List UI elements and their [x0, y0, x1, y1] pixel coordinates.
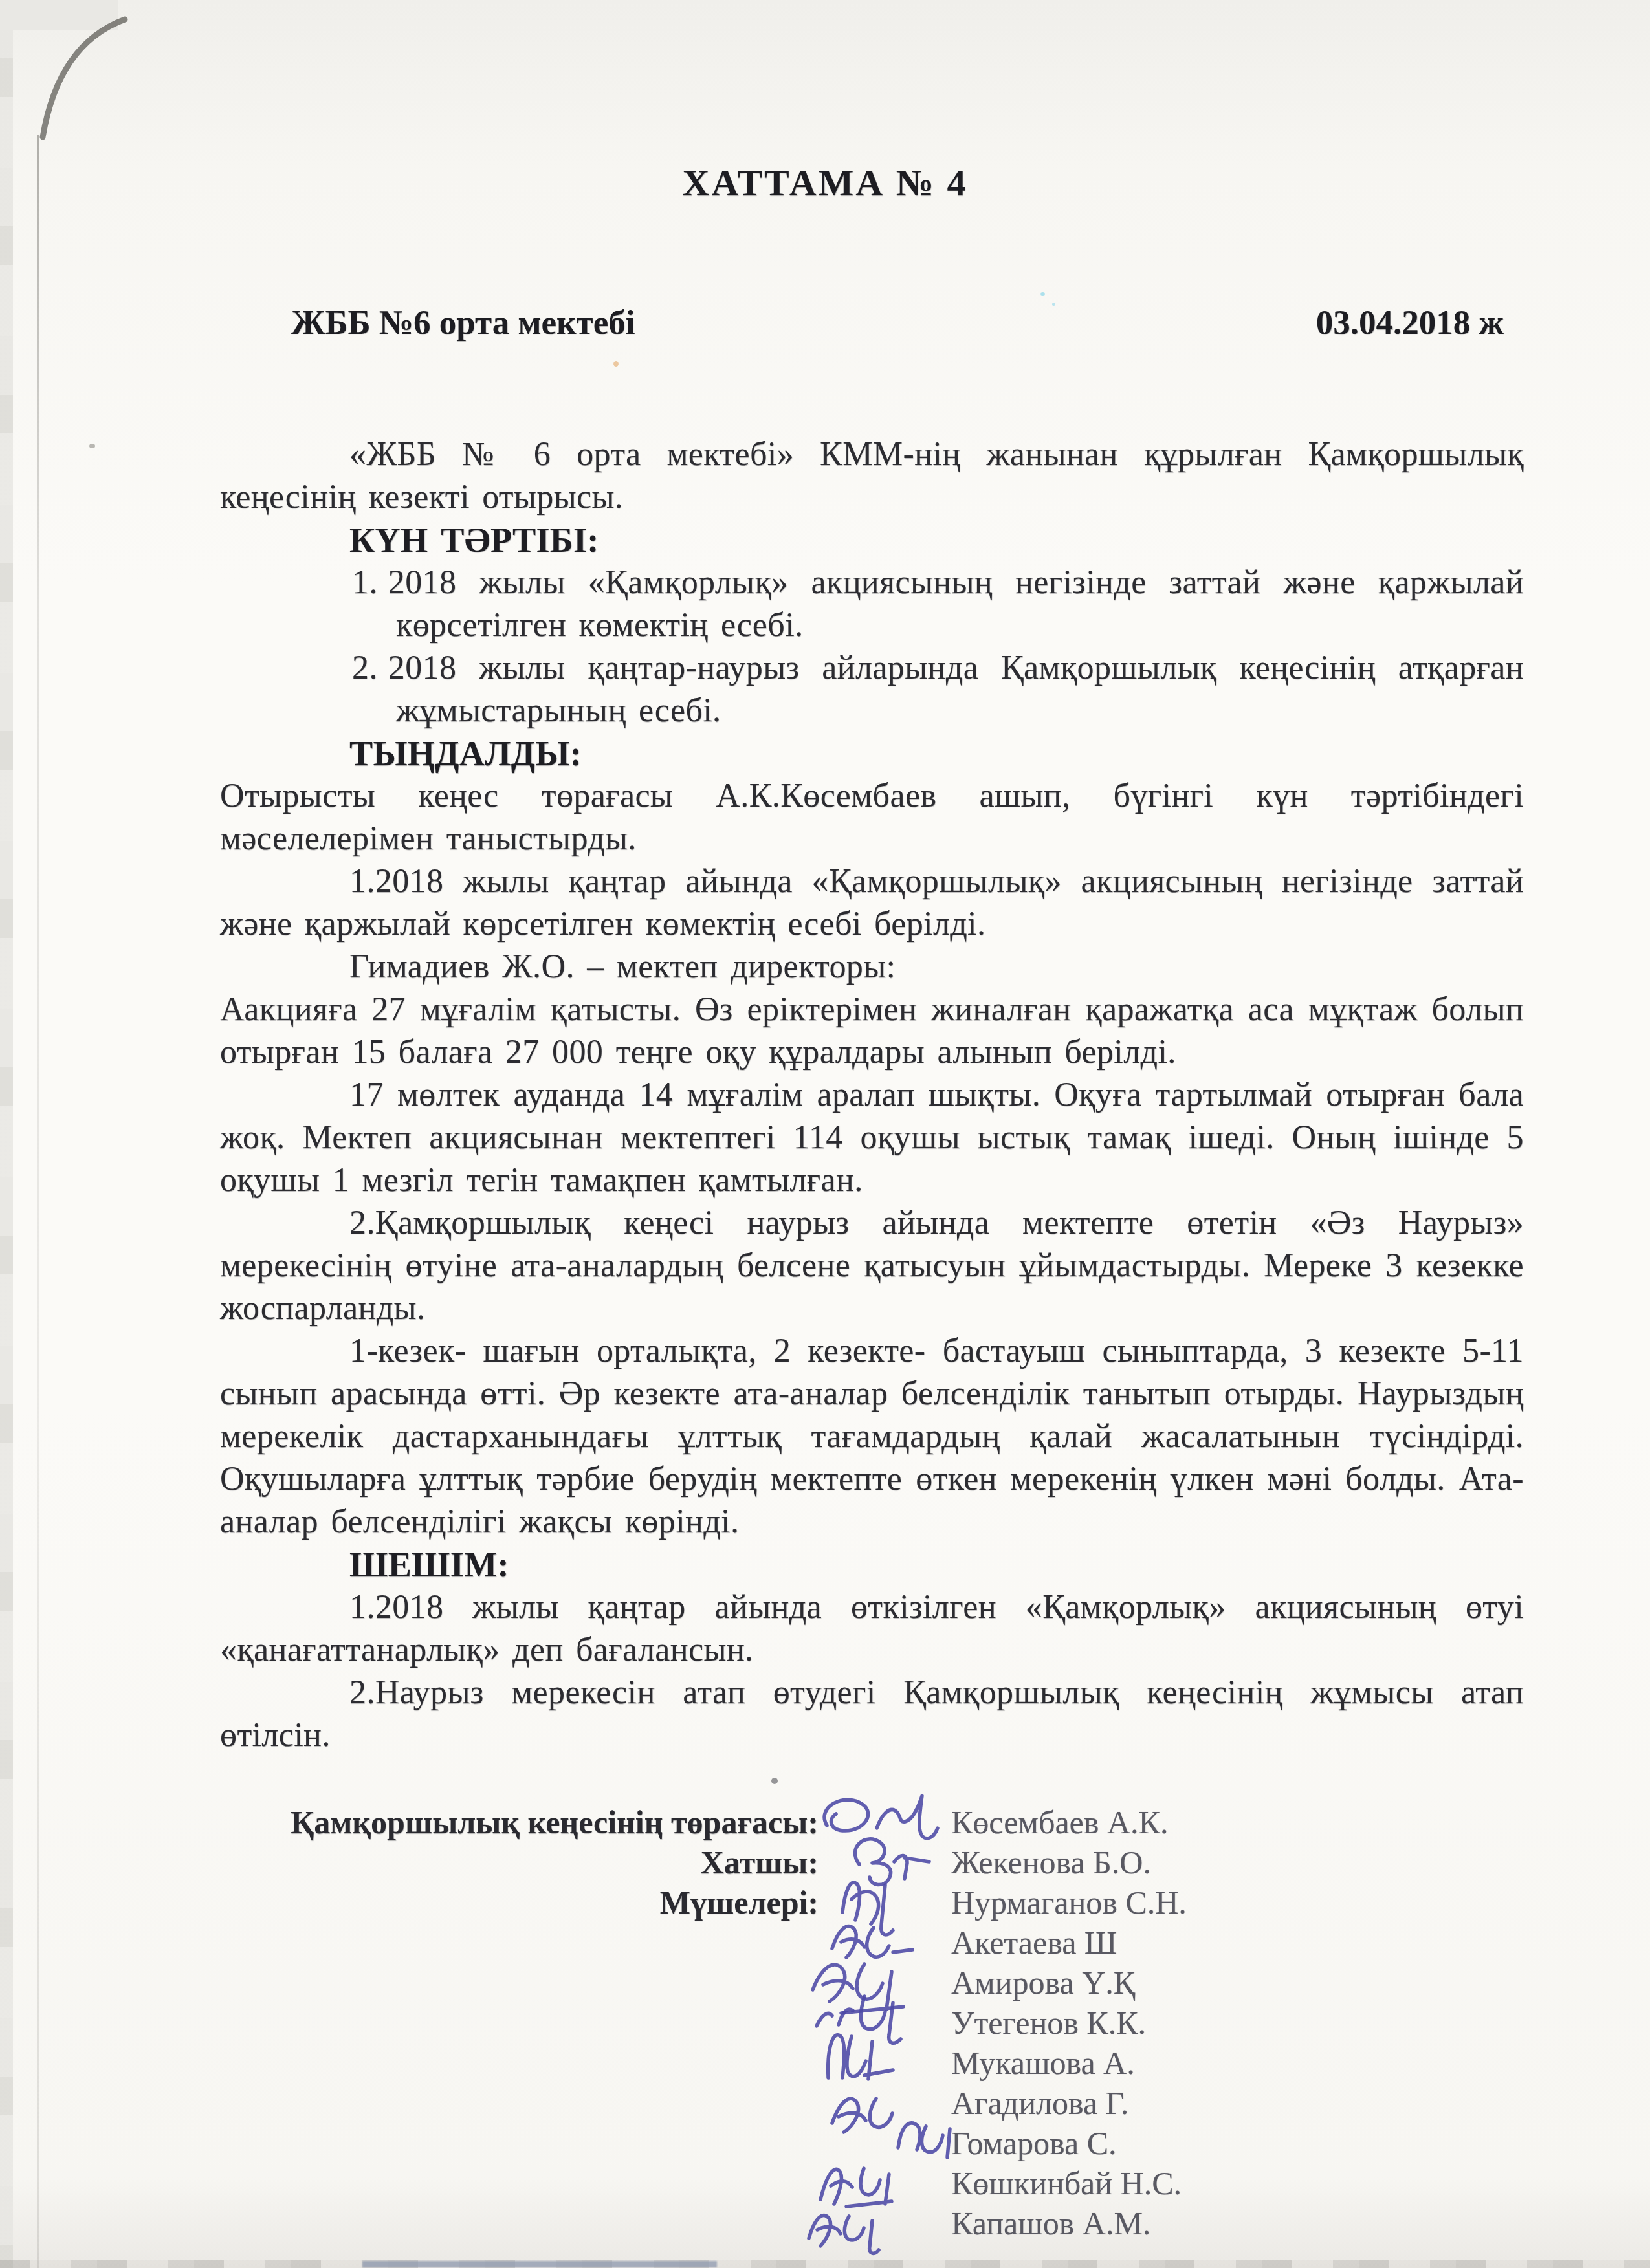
signature-label: [283, 1923, 819, 1963]
scan-bottom-blue-mark: [362, 2261, 717, 2267]
agenda-item-text: 2018 жылы «Қамқорлық» акциясының негізін…: [388, 564, 1524, 644]
agenda-item-number: 1.: [352, 564, 378, 601]
signature-stroke: [813, 1964, 903, 2013]
body-paragraph: Отырысты кеңес төрағасы А.К.Көсембаев аш…: [220, 775, 1524, 860]
body-paragraph: Аакцияға 27 мұғалім қатысты. Өз еріктері…: [220, 988, 1524, 1074]
scan-corner-artifact: [0, 0, 181, 207]
signature-label: [283, 2043, 819, 2083]
scan-page-edge-line: [37, 135, 39, 2268]
agenda-item-1: 1.2018 жылы «Қамқорлық» акциясының негіз…: [352, 562, 1524, 647]
agenda-heading: КҮН ТӘРТІБІ:: [349, 519, 1524, 562]
document-title: ХАТТАМА № 4: [0, 160, 1650, 206]
document-subheader: ЖББ №6 орта мектебі 03.04.2018 ж: [291, 303, 1504, 343]
scanned-protocol-page: ХАТТАМА № 4 ЖББ №6 орта мектебі 03.04.20…: [0, 0, 1650, 2268]
signature-label: Қамқоршылық кеңесінің төрағасы:: [283, 1802, 819, 1842]
document-body: «ЖББ № 6 орта мектебі» КММ-нің жанынан қ…: [220, 433, 1524, 1757]
document-date: 03.04.2018 ж: [1316, 303, 1504, 343]
scan-speck: [89, 444, 95, 448]
signature-stroke: [832, 1926, 912, 1957]
school-name: ЖББ №6 орта мектебі: [291, 303, 635, 343]
signature-label: [283, 2003, 819, 2043]
signature-stroke: [820, 2168, 892, 2207]
signature-stroke: [824, 1796, 938, 1838]
signature-stroke: [855, 1839, 929, 1885]
signature-label: Хатшы:: [283, 1842, 819, 1882]
scan-speck: [1040, 292, 1045, 296]
signature-stroke: [898, 2123, 950, 2157]
agenda-item-2: 2.2018 жылы қаңтар-наурыз айларында Қамқ…: [352, 647, 1524, 732]
decision-item-2: 2.Наурыз мерекесін атап өтудегі Қамқоршы…: [220, 1672, 1524, 1757]
signature-label: [283, 2163, 819, 2203]
signature-stroke: [832, 2099, 892, 2132]
scan-speck: [771, 1778, 778, 1784]
signature-label: Мүшелері:: [283, 1882, 819, 1923]
decision-heading: ШЕШІМ:: [349, 1543, 1524, 1586]
agenda-item-text: 2018 жылы қаңтар-наурыз айларында Қамқор…: [388, 649, 1524, 729]
decision-item-1: 1.2018 жылы қаңтар айында өткізілген «Қа…: [220, 1586, 1524, 1672]
body-paragraph: 2.Қамқоршылық кеңесі наурыз айында мекте…: [220, 1202, 1524, 1330]
signature-stroke: [809, 2215, 879, 2253]
signature-label: [283, 2123, 819, 2163]
scan-speck: [1052, 303, 1055, 306]
body-paragraph: 1-кезек- шағын орталықта, 2 кезекте- бас…: [220, 1330, 1524, 1543]
signatures-ink-overlay: [744, 1785, 1016, 2268]
signature-label: [283, 2083, 819, 2123]
scan-speck: [613, 361, 619, 367]
agenda-item-number: 2.: [352, 649, 378, 686]
body-paragraph: 17 мөлтек ауданда 14 мұғалім аралап шықт…: [220, 1074, 1524, 1202]
signature-stroke: [828, 2035, 893, 2079]
body-paragraph: 1.2018 жылы қаңтар айында «Қамқоршылық» …: [220, 860, 1524, 946]
scan-left-edge-artifact: [0, 0, 13, 2268]
signature-label: [283, 1963, 819, 2003]
body-paragraph: Гимадиев Ж.О. – мектеп директоры:: [220, 946, 1524, 988]
signature-label: [283, 2203, 819, 2243]
heard-heading: ТЫҢДАЛДЫ:: [349, 732, 1524, 775]
intro-paragraph: «ЖББ № 6 орта мектебі» КММ-нің жанынан қ…: [220, 433, 1524, 519]
